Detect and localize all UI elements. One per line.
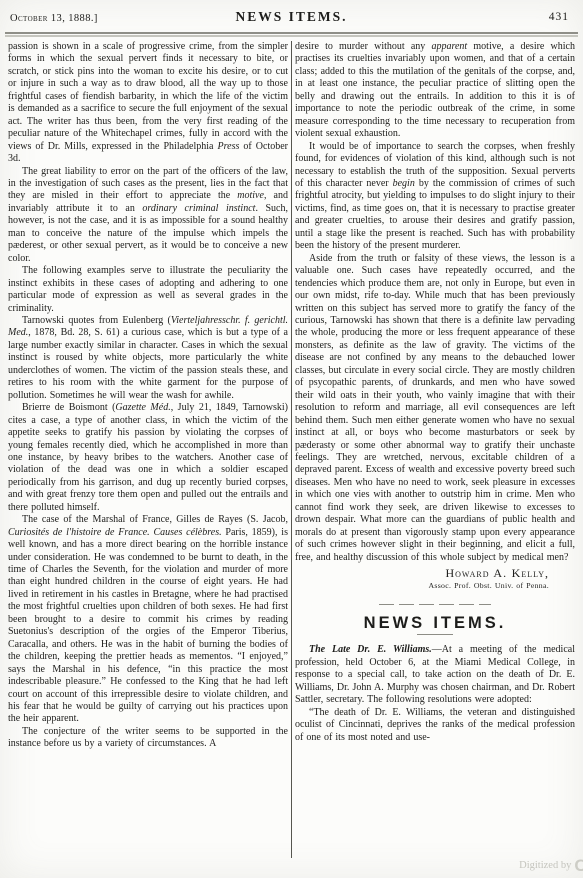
- text-run: begin: [393, 178, 415, 189]
- paragraph: desire to murder without any apparent mo…: [295, 41, 575, 141]
- paragraph: The great liability to error on the part…: [8, 166, 288, 266]
- text-run: Curiosités de l'histoire de France. Caus…: [8, 527, 222, 538]
- text-run: Gazette Méd.: [115, 402, 170, 413]
- page-number: 431: [549, 11, 569, 23]
- left-column: passion is shown in a scale of progressi…: [8, 41, 288, 866]
- header-rule: [5, 32, 578, 34]
- text-run: Aside from the truth or falsity of these…: [295, 253, 575, 563]
- text-run: Paris, 1859), is well known, and has a m…: [8, 527, 288, 725]
- signature-block: Howard A. Kelly, Assoc. Prof. Obst. Univ…: [295, 567, 575, 593]
- news-section-text: The Late Dr. E. Williams.—At a meeting o…: [295, 644, 575, 744]
- paragraph: Tarnowski quotes from Eulenberg (Viertel…: [8, 315, 288, 402]
- text-run: The following examples serve to illustra…: [8, 265, 288, 313]
- text-run: motive: [237, 190, 264, 201]
- paragraph: The Late Dr. E. Williams.—At a meeting o…: [295, 644, 575, 706]
- paragraph: Brierre de Boismont (Gazette Méd., July …: [8, 402, 288, 514]
- page-title: NEWS ITEMS.: [0, 9, 583, 25]
- text-run: The conjecture of the writer seems to be…: [8, 726, 288, 749]
- text-run: The case of the Marshal of France, Gille…: [22, 514, 288, 525]
- right-column-text: desire to murder without any apparent mo…: [295, 41, 575, 564]
- digitized-watermark: Digitized byCo: [519, 856, 583, 876]
- text-run: Press: [218, 141, 240, 152]
- text-run: desire to murder without any: [295, 41, 431, 52]
- text-run: , 1878, Bd. 28, S. 61) a curious case, w…: [8, 327, 288, 400]
- text-run: ordinary criminal instinct: [142, 203, 255, 214]
- paragraph: The conjecture of the writer seems to be…: [8, 726, 288, 751]
- watermark-text: Digitized by: [519, 860, 571, 871]
- journal-page: October 13, 1888.] NEWS ITEMS. 431 passi…: [0, 0, 583, 878]
- text-run: “The death of Dr. E. Williams, the veter…: [295, 707, 575, 743]
- watermark-logo-fragment: Co: [574, 856, 583, 875]
- text-run: The Late Dr. E. Williams.: [309, 644, 432, 655]
- text-run: apparent: [431, 41, 467, 52]
- section-heading-rule: [417, 634, 453, 635]
- signature-name: Howard A. Kelly,: [295, 567, 549, 579]
- column-divider: [291, 41, 292, 858]
- signature-title: Assoc. Prof. Obst. Univ. of Penna.: [295, 580, 549, 592]
- text-columns: passion is shown in a scale of progressi…: [8, 41, 577, 866]
- paragraph: passion is shown in a scale of progressi…: [8, 41, 288, 166]
- text-run: , July 21, 1849, Tarnowski) cites a case…: [8, 402, 288, 513]
- paragraph: The case of the Marshal of France, Gille…: [8, 514, 288, 726]
- text-run: motive, a desire which practises its cru…: [295, 41, 575, 139]
- text-run: passion is shown in a scale of progressi…: [8, 41, 288, 152]
- text-run: Tarnowski quotes from Eulenberg (: [22, 315, 171, 326]
- paragraph: “The death of Dr. E. Williams, the veter…: [295, 707, 575, 744]
- paragraph: Aside from the truth or falsity of these…: [295, 253, 575, 564]
- right-column: desire to murder without any apparent mo…: [295, 41, 575, 866]
- paragraph: The following examples serve to illustra…: [8, 265, 288, 315]
- text-run: Brierre de Boismont (: [22, 402, 115, 413]
- paragraph: It would be of importance to search the …: [295, 141, 575, 253]
- section-heading: NEWS ITEMS.: [295, 617, 575, 629]
- section-divider: [379, 604, 491, 605]
